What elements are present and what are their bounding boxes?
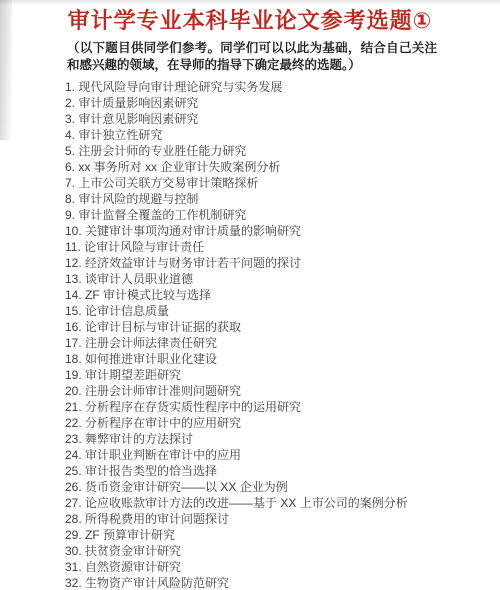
topic-item: 27. 论应收账款审计方法的改进——基于 XX 上市公司的案例分析 bbox=[65, 495, 500, 511]
topic-item: 3. 审计意见影响因素研究 bbox=[65, 111, 500, 127]
topic-item: 10. 关键审计事项沟通对审计质量的影响研究 bbox=[65, 223, 500, 239]
topic-item: 5. 注册会计师的专业胜任能力研究 bbox=[65, 143, 500, 159]
topic-item: 16. 论审计目标与审计证据的获取 bbox=[65, 319, 500, 335]
topic-list: 1. 现代风险导向审计理论研究与实务发展2. 审计质量影响因素研究3. 审计意见… bbox=[65, 79, 500, 590]
topic-item: 12. 经济效益审计与财务审计若干问题的探讨 bbox=[65, 255, 500, 271]
topic-item: 26. 货币资金审计研究——以 XX 企业为例 bbox=[65, 479, 500, 495]
topic-item: 29. ZF 预算审计研究 bbox=[65, 527, 500, 543]
topic-item: 7. 上市公司关联方交易审计策略探析 bbox=[65, 175, 500, 191]
topic-item: 24. 审计职业判断在审计中的应用 bbox=[65, 447, 500, 463]
topic-item: 1. 现代风险导向审计理论研究与实务发展 bbox=[65, 79, 500, 95]
topic-item: 20. 注册会计师审计准则问题研究 bbox=[65, 383, 500, 399]
topic-item: 31. 自然资源审计研究 bbox=[65, 559, 500, 575]
topic-item: 19. 审计期望差距研究 bbox=[65, 367, 500, 383]
topic-item: 11. 论审计风险与审计责任 bbox=[65, 239, 500, 255]
topic-item: 21. 分析程序在存货实质性程序中的运用研究 bbox=[65, 399, 500, 415]
topic-item: 15. 论审计信息质量 bbox=[65, 303, 500, 319]
topic-item: 23. 舞弊审计的方法探讨 bbox=[65, 431, 500, 447]
topic-item: 13. 谈审计人员职业道德 bbox=[65, 271, 500, 287]
topic-item: 6. xx 事务所对 xx 企业审计失败案例分析 bbox=[65, 159, 500, 175]
topic-item: 14. ZF 审计模式比较与选择 bbox=[65, 287, 500, 303]
topic-item: 30. 扶贫资金审计研究 bbox=[65, 543, 500, 559]
document-page: 审计学专业本科毕业论文参考选题① （以下题目供同学们参考。同学们可以以此为基础，… bbox=[0, 0, 500, 590]
topic-item: 2. 审计质量影响因素研究 bbox=[65, 95, 500, 111]
page-title: 审计学专业本科毕业论文参考选题① bbox=[0, 0, 500, 34]
topic-item: 9. 审计监督全覆盖的工作机制研究 bbox=[65, 207, 500, 223]
topic-item: 8. 审计风险的规避与控制 bbox=[65, 191, 500, 207]
topic-item: 28. 所得税费用的审计问题探讨 bbox=[65, 511, 500, 527]
topic-item: 25. 审计报告类型的恰当选择 bbox=[65, 463, 500, 479]
instruction-note: （以下题目供同学们参考。同学们可以以此为基础，结合自己关注和感兴趣的领域，在导师… bbox=[67, 40, 437, 74]
topic-item: 4. 审计独立性研究 bbox=[65, 127, 500, 143]
topic-item: 22. 分析程序在审计中的应用研究 bbox=[65, 415, 500, 431]
topic-item: 18. 如何推进审计职业化建设 bbox=[65, 351, 500, 367]
topic-item: 17. 注册会计师法律责任研究 bbox=[65, 335, 500, 351]
topic-item: 32. 生物资产审计风险防范研究 bbox=[65, 575, 500, 590]
